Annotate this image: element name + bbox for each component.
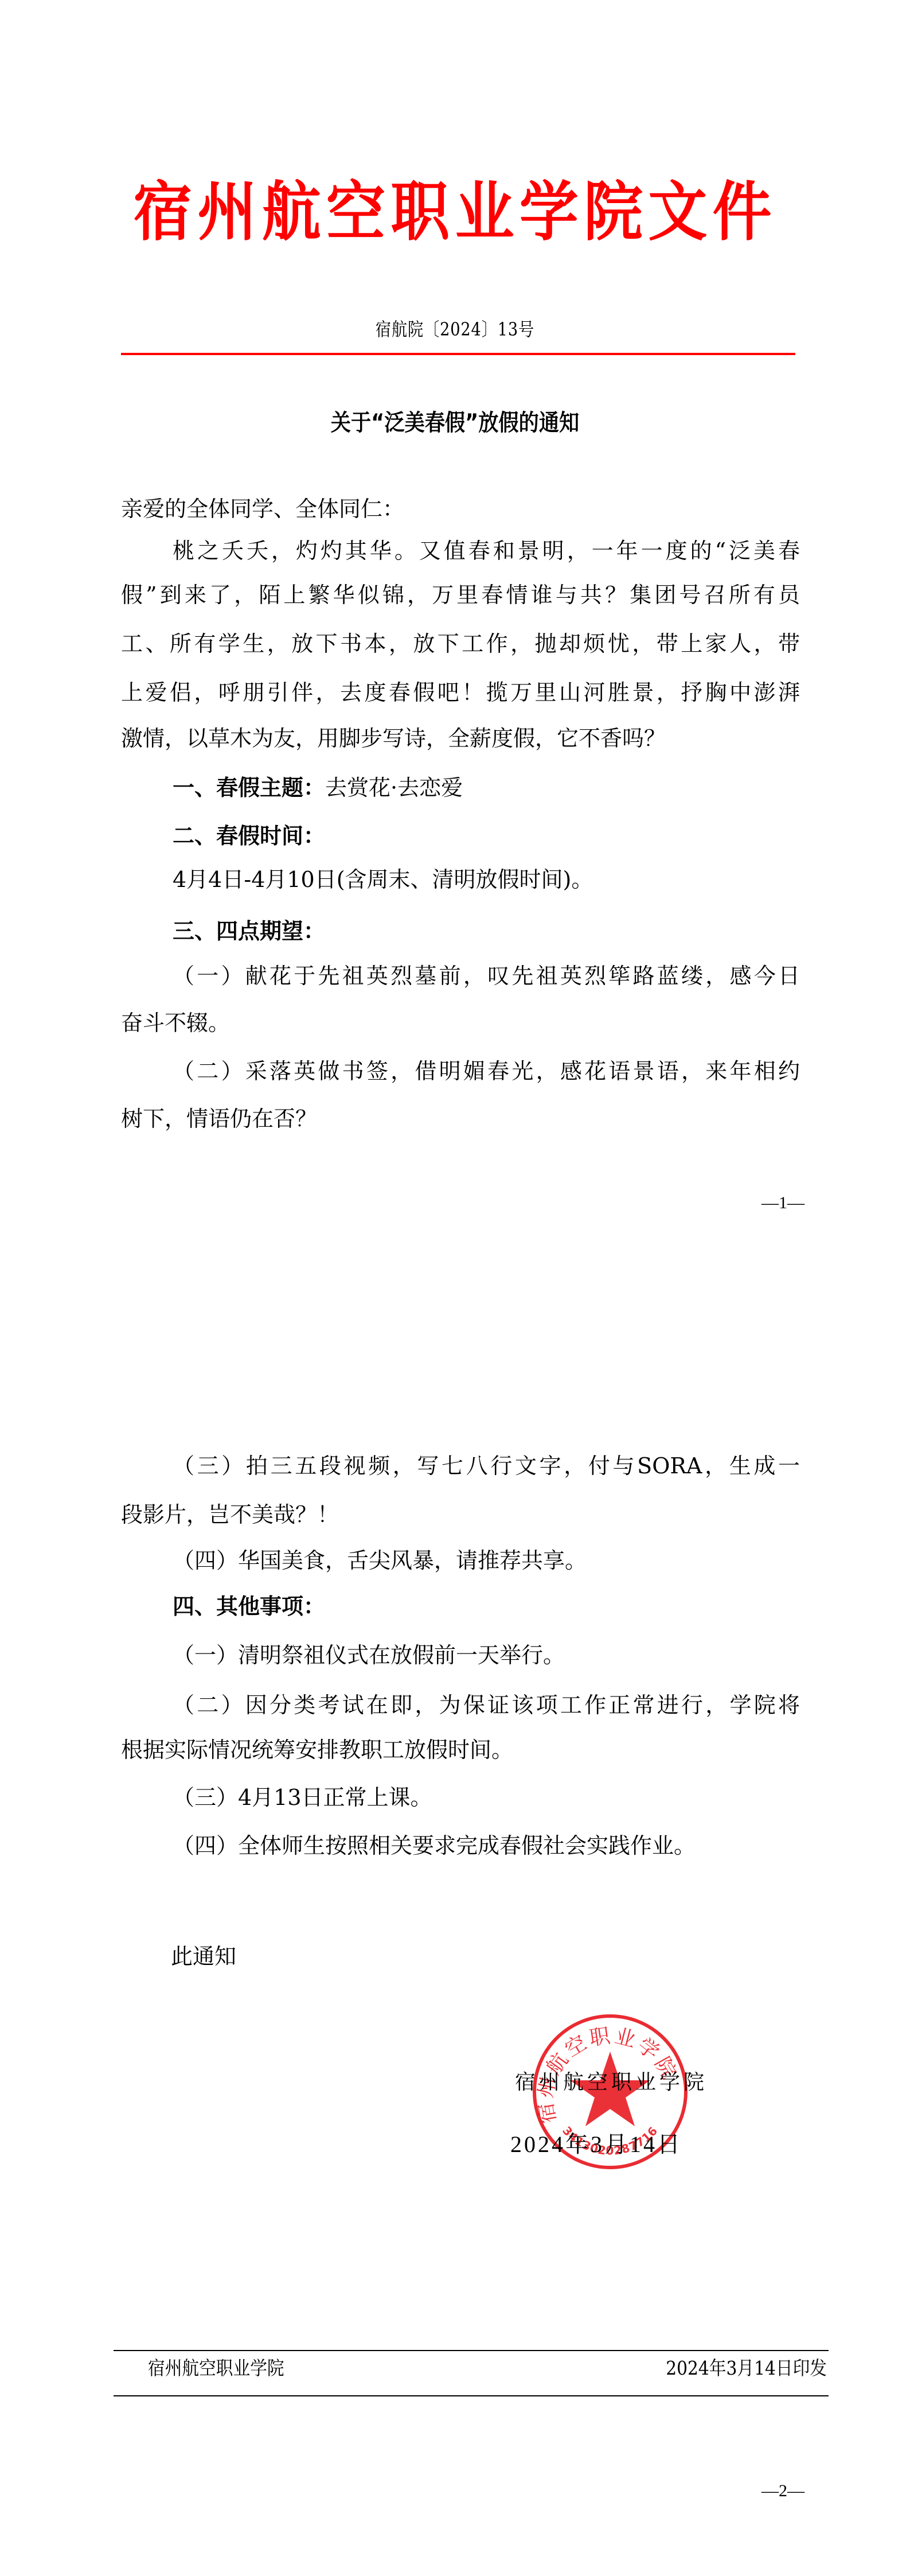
notice-title: 关于“泛美春假”放假的通知 <box>54 408 856 437</box>
document-number: 宿航院〔2024〕13号 <box>68 317 842 342</box>
intro-line: 激情，以草木为友，用脚步写诗，全薪度假，它不香吗？ <box>121 725 800 752</box>
footer-top-rule <box>114 2350 829 2351</box>
intro-line: 工、所有学生，放下书本，放下工作，抛却烦忧，带上家人，带 <box>121 630 800 657</box>
section-4-heading: 四、其他事项： <box>173 1593 800 1620</box>
section-1-heading: 一、春假主题： <box>173 775 325 800</box>
section-3-item-1-cont: 奋斗不辍。 <box>121 1009 800 1037</box>
document-header-title: 宿州航空职业学院文件 <box>36 172 873 252</box>
section-2-heading: 二、春假时间： <box>173 822 800 850</box>
intro-line: 桃之夭夭，灼灼其华。又值春和景明，一年一度的“泛美春 <box>173 537 800 565</box>
page-number-2: —2— <box>761 2481 804 2501</box>
header-red-divider <box>121 353 795 355</box>
signature-date: 2024年3月14日 <box>510 2131 682 2158</box>
section-4-item-4: （四）全体师生按照相关要求完成春假社会实践作业。 <box>173 1832 800 1859</box>
section-1-content: 去赏花·去恋爱 <box>325 775 463 800</box>
section-3-item-4: （四）华国美食，舌尖风暴，请推荐共享。 <box>173 1547 800 1574</box>
signature-organization: 宿州航空职业学院 <box>515 2069 708 2096</box>
section-4-item-2-cont: 根据实际情况统筹安排教职工放假时间。 <box>121 1736 800 1764</box>
footer-print-date: 2024年3月14日印发 <box>666 2356 827 2381</box>
section-3-item-2: （二）采落英做书签，借明媚春光，感花语景语，来年相约 <box>173 1057 800 1085</box>
intro-line: 假”到来了，陌上繁华似锦，万里春情谁与共？集团号召所有员 <box>121 581 800 609</box>
closing-text: 此通知 <box>171 1943 343 1970</box>
page-number-1: —1— <box>761 1193 804 1213</box>
footer-bottom-rule <box>114 2395 829 2396</box>
section-4-item-1: （一）清明祭祖仪式在放假前一天举行。 <box>173 1641 800 1669</box>
section-4-item-3: （三）4月13日正常上课。 <box>173 1784 800 1811</box>
salutation: 亲爱的全体同学、全体同仁： <box>121 495 800 523</box>
section-3-item-3-cont: 段影片，岂不美哉？！ <box>121 1501 800 1528</box>
section-3-item-1: （一）献花于先祖英烈墓前，叹先祖英烈筚路蓝缕，感今日 <box>173 962 800 990</box>
section-1: 一、春假主题：去赏花·去恋爱 <box>173 774 800 801</box>
section-4-item-2: （二）因分类考试在即，为保证该项工作正常进行，学院将 <box>173 1691 800 1719</box>
section-3-heading: 三、四点期望： <box>173 917 800 945</box>
section-2-content: 4月4日-4月10日(含周末、清明放假时间)。 <box>173 866 800 893</box>
footer-issuer: 宿州航空职业学院 <box>148 2356 284 2381</box>
section-3-item-3: （三）拍三五段视频，写七八行文字，付与SORA，生成一 <box>173 1452 800 1480</box>
page-2: （三）拍三五段视频，写七八行文字，付与SORA，生成一 段影片，岂不美哉？！ （… <box>0 1285 910 2576</box>
page-1: 宿州航空职业学院文件 宿航院〔2024〕13号 关于“泛美春假”放假的通知 亲爱… <box>0 0 910 1285</box>
intro-line: 上爱侣，呼朋引伴，去度春假吧！揽万里山河胜景，抒胸中澎湃 <box>121 679 800 706</box>
section-3-item-2-cont: 树下，情语仍在否？ <box>121 1105 800 1133</box>
